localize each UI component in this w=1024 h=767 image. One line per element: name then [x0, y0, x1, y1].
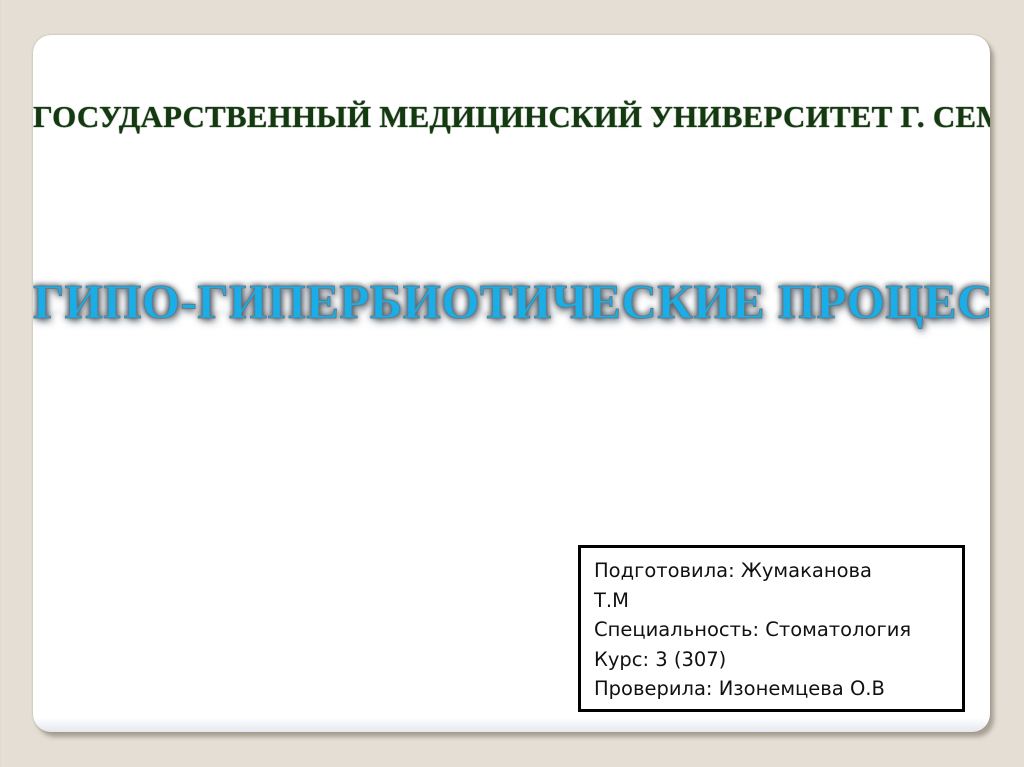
institution-title-reflection: ГОСУДАРСТВЕННЫЙ МЕДИЦИНСКИЙ УНИВЕРСИТЕТ …: [33, 91, 990, 131]
info-checked-by: Проверила: Изонемцева О.В: [594, 674, 952, 704]
info-specialty: Специальность: Стоматология: [594, 615, 952, 645]
info-prepared-by-initials: Т.М: [594, 586, 952, 616]
topic-title: ГИПО-ГИПЕРБИОТИЧЕСКИЕ ПРОЦЕССЫ: [33, 273, 990, 331]
author-info-box: Подготовила: Жумаканова Т.М Специальност…: [578, 545, 965, 712]
slide-card: ГОСУДАРСТВЕННЫЙ МЕДИЦИНСКИЙ УНИВЕРСИТЕТ …: [33, 35, 990, 732]
info-prepared-by: Подготовила: Жумаканова: [594, 556, 952, 586]
info-course: Курс: 3 (307): [594, 645, 952, 675]
